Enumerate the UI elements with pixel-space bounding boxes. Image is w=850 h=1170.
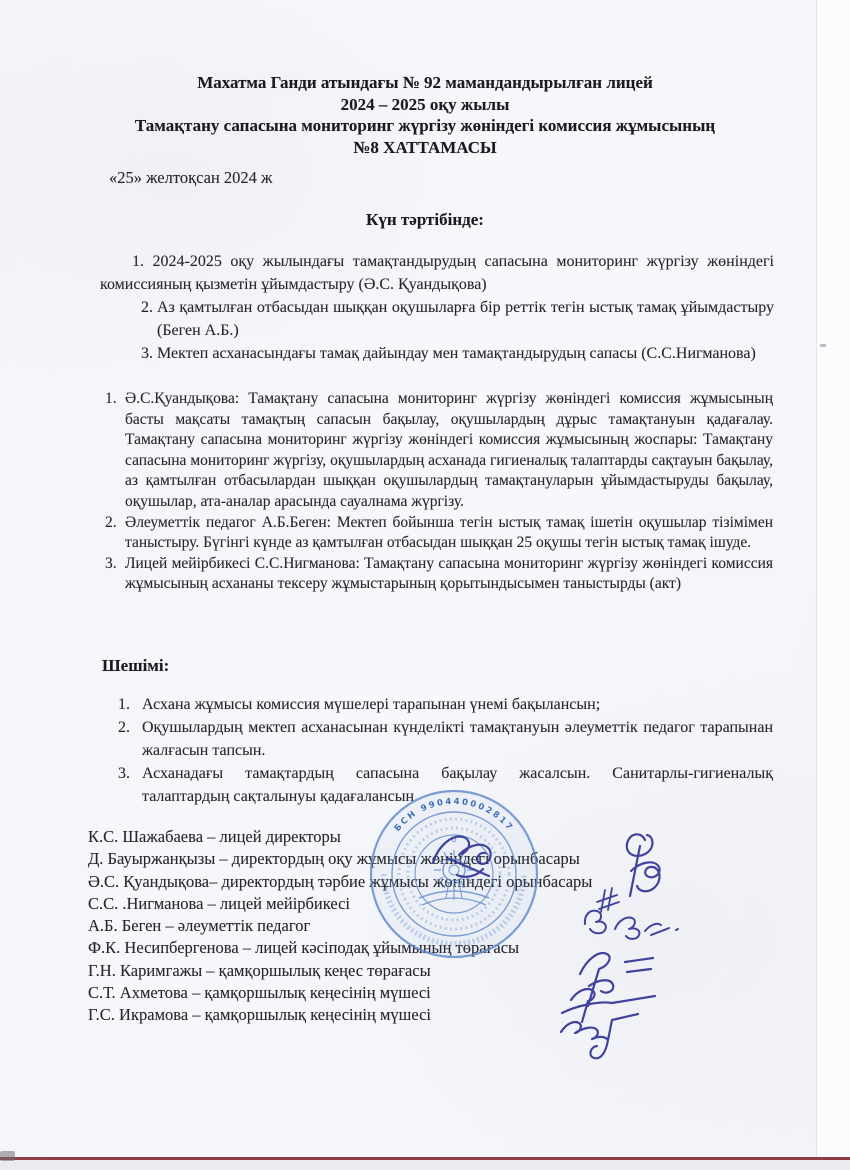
speeches-list: 1. Ә.С.Қуандықова: Тамақтану сапасына мо…	[100, 389, 773, 595]
decision-title: Шешімі:	[102, 656, 169, 676]
page-bottom-edge-line	[0, 1157, 850, 1160]
signature-ink-deputy	[627, 834, 660, 896]
header-school-year: 2024 – 2025 оқу жылы	[0, 94, 850, 116]
decision-item: 2. Оқушылардың мектеп асханасынан күндел…	[100, 716, 773, 762]
list-number: 3.	[141, 342, 153, 365]
agenda-list: 1. 2024-2025 оқу жылындағы тамақтандыруд…	[100, 250, 774, 365]
list-number: 3.	[118, 762, 130, 785]
signatory-line: С.Т. Ахметова – қамқоршылық кеңесінің мү…	[88, 982, 592, 1004]
list-number: 1.	[118, 693, 130, 716]
list-text: Оқушылардың мектеп асханасынан күнделікт…	[142, 719, 773, 759]
header-commission-name: Тамақтану сапасына мониторинг жүргізу жө…	[0, 115, 850, 137]
signature-ink-begen	[585, 911, 678, 939]
speech-item: 2. Әлеуметтік педагог А.Б.Беген: Мектеп …	[100, 513, 773, 554]
list-number: 2.	[118, 716, 130, 739]
agenda-item: 3. Мектеп асханасындағы тамақ дайындау м…	[100, 342, 774, 365]
signature-ink-hash-mark	[597, 888, 619, 912]
list-text: Асхана жұмысы комиссия мүшелері тарапына…	[142, 696, 600, 713]
scanned-protocol-document: Махатма Ганди атындағы № 92 мамандандыры…	[0, 0, 850, 1170]
list-number: 2.	[105, 513, 117, 534]
scan-corner-artifact	[0, 1151, 15, 1161]
official-round-stamp: БСН 990440002817	[366, 786, 542, 962]
decision-item: 1. Асхана жұмысы комиссия мүшелері тарап…	[100, 693, 773, 716]
list-text: Лицей мейірбикесі С.С.Нигманова: Тамақта…	[125, 555, 773, 593]
list-text: 2024-2025 оқу жылындағы тамақтандырудың …	[100, 253, 774, 293]
document-header: Махатма Ганди атындағы № 92 мамандандыры…	[0, 72, 850, 158]
list-text: Әлеуметтік педагог А.Б.Беген: Мектеп бой…	[125, 514, 773, 552]
date-line: «25» желтоқсан 2024 ж	[109, 168, 272, 188]
signatory-line: Г.С. Икрамова – қамқоршылық кеңесінің мү…	[88, 1004, 592, 1026]
list-number: 1.	[105, 389, 117, 410]
agenda-item: 1. 2024-2025 оқу жылындағы тамақтандыруд…	[100, 250, 774, 296]
scanner-background-strip	[0, 1160, 850, 1170]
list-text: Ә.С.Қуандықова: Тамақтану сапасына монит…	[125, 390, 773, 510]
signatory-line: Г.Н. Каримгажы – қамқоршылық кеңес төрағ…	[88, 960, 592, 982]
agenda-item: 2. Аз қамтылған отбасыдан шыққан оқушыла…	[100, 296, 774, 342]
page-right-edge	[816, 0, 850, 1170]
speech-item: 1. Ә.С.Қуандықова: Тамақтану сапасына мо…	[100, 389, 773, 513]
scan-speck	[820, 344, 826, 347]
list-number: 3.	[105, 554, 117, 575]
agenda-title: Күн тәртібінде:	[0, 210, 850, 230]
list-text: Мектеп асханасындағы тамақ дайындау мен …	[157, 345, 756, 362]
header-school-name: Махатма Ганди атындағы № 92 мамандандыры…	[0, 72, 850, 94]
list-number: 1.	[132, 253, 144, 270]
list-text: Аз қамтылған отбасыдан шыққан оқушыларға…	[157, 299, 774, 339]
speech-item: 3. Лицей мейірбикесі С.С.Нигманова: Тама…	[100, 554, 773, 595]
header-protocol-number: №8 ХАТТАМАСЫ	[0, 137, 850, 159]
list-number: 2.	[141, 296, 153, 319]
